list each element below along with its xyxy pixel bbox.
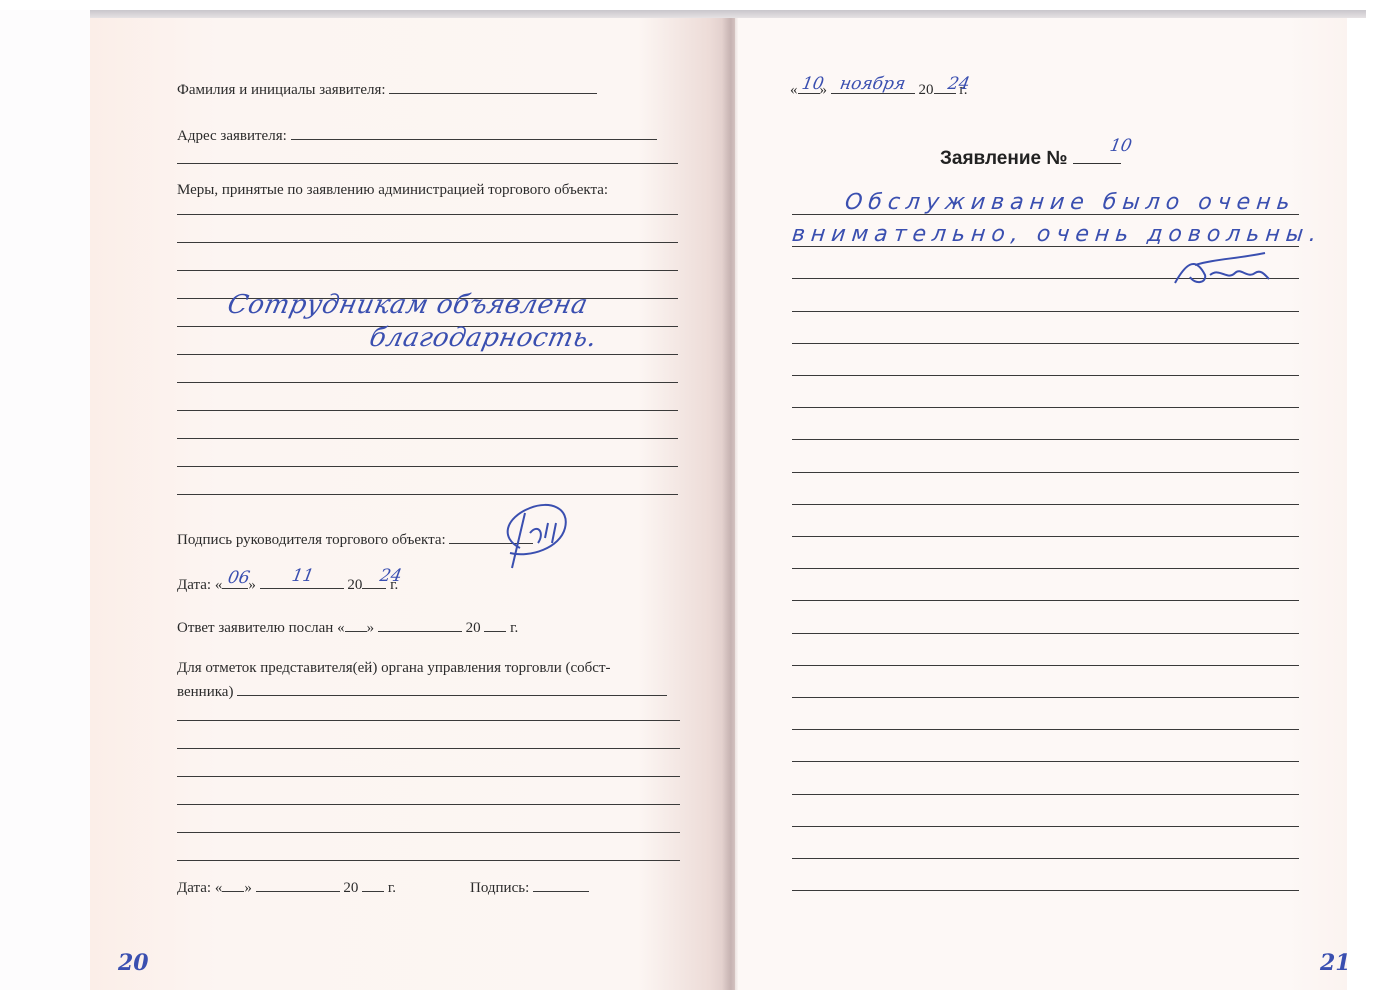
book-gutter <box>722 18 738 990</box>
ruled-line <box>177 720 680 721</box>
reply-sent-label: Ответ заявителю послан <box>177 620 333 636</box>
quote-open: « <box>790 82 798 98</box>
statement-year-prefix: 20 <box>919 82 934 98</box>
statement-title: Заявление № <box>940 148 1068 169</box>
manager-signature-label: Подпись руководителя торгового объекта: <box>177 532 446 548</box>
ruled-line <box>177 242 678 243</box>
date-month-handwritten: 11 <box>290 566 315 586</box>
ruled-line <box>792 600 1299 601</box>
ruled-line <box>177 382 678 383</box>
ruled-line <box>792 439 1299 440</box>
quote-close: » <box>244 880 252 896</box>
scanner-margin-right <box>1347 18 1375 1000</box>
reply-year-blank <box>484 618 506 632</box>
measures-handwritten-line2: благодарность. <box>367 323 600 353</box>
ruled-line <box>177 832 680 833</box>
ruled-line <box>792 311 1299 312</box>
date-year-handwritten: 24 <box>378 566 403 586</box>
quote-close: » <box>367 620 375 636</box>
footer-year-blank <box>362 878 384 892</box>
quote-open: « <box>215 577 223 593</box>
measures-handwritten-line1: Сотрудникам объявлена <box>225 290 591 320</box>
ruled-line <box>792 504 1299 505</box>
applicant-address-label: Адрес заявителя: <box>177 128 287 144</box>
applicant-address-blank <box>291 126 657 140</box>
ruled-line <box>792 472 1299 473</box>
statement-text-line1: Обслуживание было очень <box>844 190 1297 215</box>
applicant-address-field: Адрес заявителя: <box>177 126 657 145</box>
applicant-signature <box>1165 245 1285 295</box>
footer-date-field: Дата: «» 20 г. <box>177 878 396 897</box>
ruled-line <box>792 536 1299 537</box>
reply-year-prefix: 20 <box>466 620 481 636</box>
footer-day-blank <box>222 878 244 892</box>
reply-day-blank <box>345 618 367 632</box>
scanner-edge <box>8 10 1366 18</box>
ruled-line <box>792 407 1299 408</box>
ruled-line <box>792 375 1299 376</box>
footer-signature-label: Подпись: <box>470 880 529 896</box>
footer-date-label: Дата: <box>177 880 211 896</box>
ruled-line <box>177 438 678 439</box>
quote-open: « <box>337 620 345 636</box>
footer-month-blank <box>256 878 340 892</box>
ruled-line <box>792 858 1299 859</box>
statement-month-handwritten: ноября <box>838 74 907 94</box>
ruled-line <box>177 354 678 355</box>
ruled-line <box>792 665 1299 666</box>
ruled-line <box>177 804 680 805</box>
reply-sent-field: Ответ заявителю послан «» 20 г. <box>177 618 518 637</box>
ruled-line <box>792 890 1299 891</box>
ruled-line <box>792 794 1299 795</box>
ruled-line <box>177 494 678 495</box>
ruled-line <box>177 466 678 467</box>
ruled-line <box>177 748 680 749</box>
applicant-name-blank <box>389 80 597 94</box>
date-label: Дата: <box>177 577 211 593</box>
reply-month-blank <box>378 618 462 632</box>
date-day-handwritten: 06 <box>226 568 251 588</box>
ruled-line <box>177 214 678 215</box>
ruled-line <box>177 776 680 777</box>
authority-notes-label-line1: Для отметок представителя(ей) органа упр… <box>177 660 611 677</box>
ruled-line <box>792 633 1299 634</box>
footer-signature-field: Подпись: <box>470 878 589 897</box>
scanner-margin <box>0 10 90 1000</box>
statement-heading: Заявление № <box>940 148 1121 170</box>
ruled-line <box>792 568 1299 569</box>
scanner-margin-bottom <box>0 990 1375 1000</box>
applicant-name-label: Фамилия и инициалы заявителя: <box>177 82 386 98</box>
statement-text-line2: внимательно, очень довольны. <box>791 222 1324 247</box>
address-line-2 <box>177 163 678 164</box>
ruled-line <box>792 826 1299 827</box>
ruled-line <box>177 410 678 411</box>
reply-year-unit: г. <box>510 620 518 636</box>
ruled-line <box>792 343 1299 344</box>
manager-signature-field: Подпись руководителя торгового объекта: <box>177 530 533 549</box>
statement-number-handwritten: 10 <box>1108 136 1133 156</box>
footer-year-unit: г. <box>388 880 396 896</box>
footer-year-prefix: 20 <box>343 880 358 896</box>
page-number-right: 21 <box>1320 950 1351 976</box>
authority-notes-field: венника) <box>177 682 667 701</box>
ruled-line <box>792 729 1299 730</box>
date-field: Дата: «» 20 г. <box>177 575 398 594</box>
quote-open: « <box>215 880 223 896</box>
footer-signature-blank <box>533 878 589 892</box>
manager-signature <box>490 498 580 578</box>
page-number-left: 20 <box>118 950 149 976</box>
applicant-name-field: Фамилия и инициалы заявителя: <box>177 80 597 99</box>
statement-year-handwritten: 24 <box>946 74 971 94</box>
ruled-line <box>177 270 678 271</box>
statement-day-handwritten: 10 <box>800 74 825 94</box>
ruled-line <box>792 761 1299 762</box>
ruled-line <box>177 860 680 861</box>
ruled-line <box>792 697 1299 698</box>
date-year-prefix: 20 <box>347 577 362 593</box>
measures-label: Меры, принятые по заявлению администраци… <box>177 182 608 199</box>
authority-notes-blank <box>237 682 667 696</box>
authority-notes-label-line2: венника) <box>177 684 233 700</box>
